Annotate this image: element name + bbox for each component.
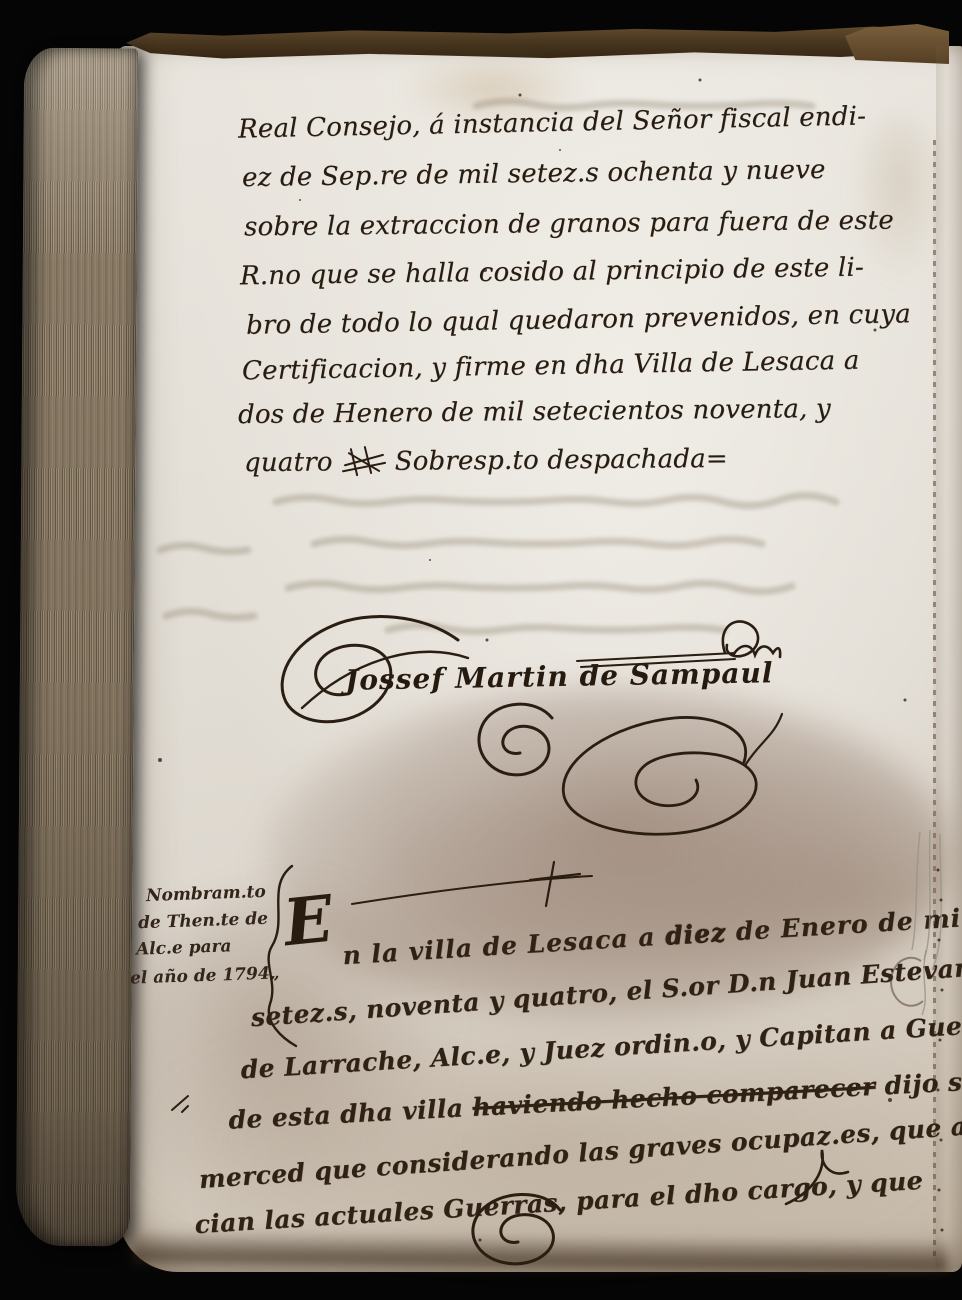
act-text: dijo su [875, 1066, 962, 1100]
closing-word: quatro [244, 447, 333, 478]
cancel-mark-icon [340, 444, 386, 480]
fore-edge-page-stack [16, 48, 138, 1247]
top-binding-edge [126, 22, 938, 60]
insertion-mark-icon [168, 1090, 194, 1116]
rubric-spiral-icon [462, 1186, 582, 1266]
certification-closing-line: quatro Sobresp.to despachada= [244, 441, 728, 481]
cross-mark-icon [348, 860, 598, 912]
certification-line: dos de Henero de mil setecientos noventa… [238, 394, 831, 430]
closing-note: Sobresp.to despachada= [394, 444, 727, 477]
act-initial-letter: E [280, 882, 336, 962]
rubric-spiral-icon [548, 712, 773, 842]
margin-note-line: Alc.e para [136, 936, 232, 959]
line-end-flourish-icon [782, 1142, 852, 1212]
binding-threads [860, 830, 960, 1020]
manuscript-photo: Real Consejo, á instancia del Señor fisc… [0, 0, 962, 1300]
act-date-word: diez [664, 918, 727, 951]
signature-rubric-flourish-icon [575, 615, 785, 675]
